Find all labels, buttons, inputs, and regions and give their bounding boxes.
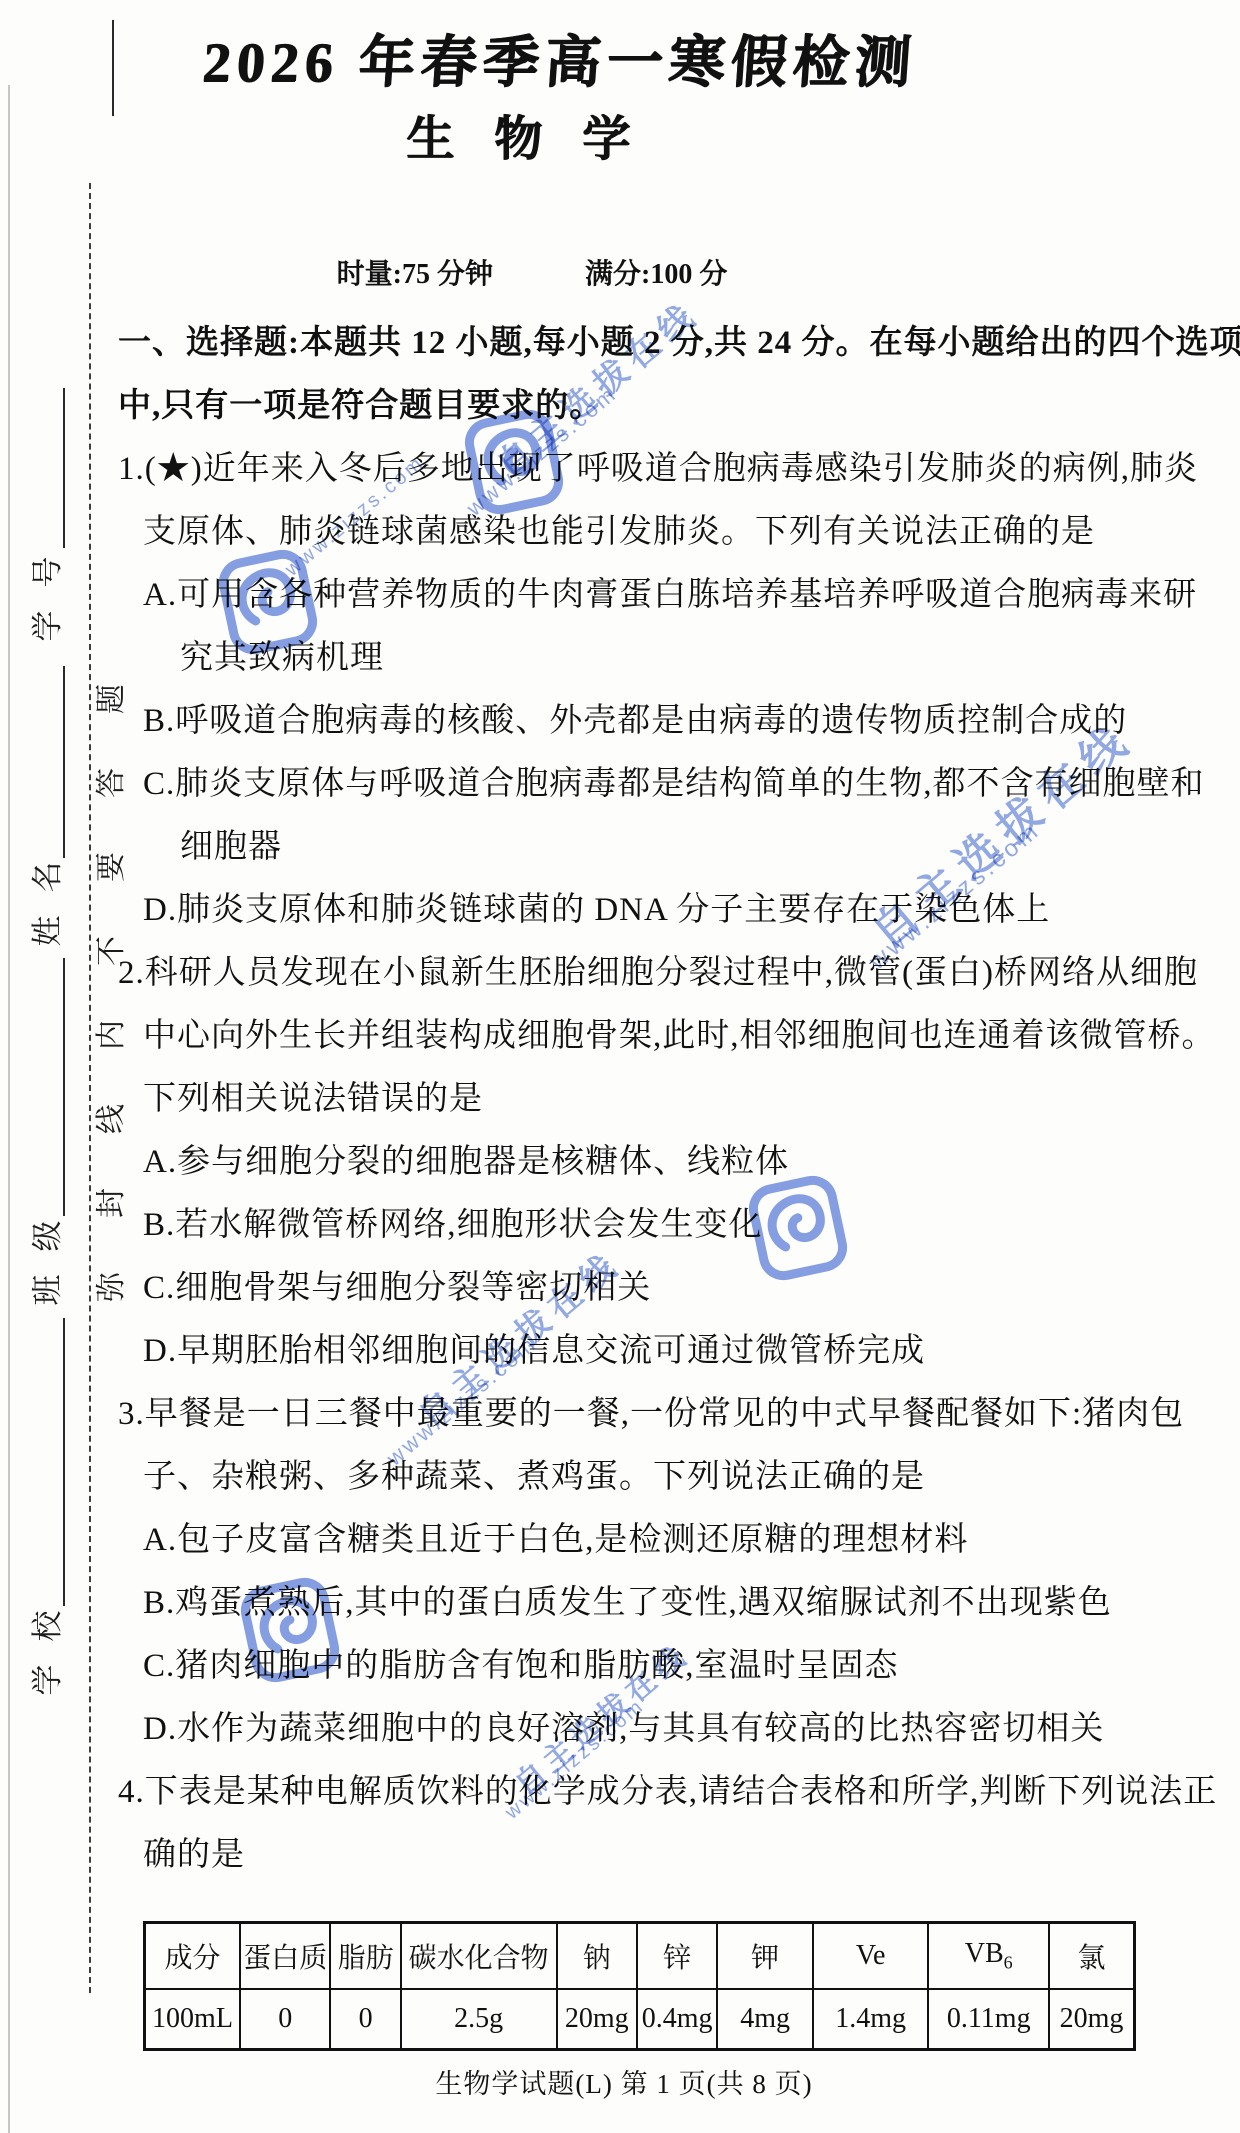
question-1-stem-line: 支原体、肺炎链球菌感染也能引发肺炎。下列有关说法正确的是 <box>118 501 1140 564</box>
question-body: 一、选择题:本题共 12 小题,每小题 2 分,共 24 分。在每小题给出的四个… <box>118 312 1140 1887</box>
table-header-cell: 氯 <box>1049 1923 1134 1990</box>
question-2-option-line: D.早期胚胎相邻细胞间的信息交流可通过微管桥完成 <box>118 1320 1140 1383</box>
class-label: 级班 <box>28 1220 68 1306</box>
table-cell: 20mg <box>1049 1989 1134 2050</box>
question-2-option-line: A.参与细胞分裂的细胞器是核糖体、线粒体 <box>118 1131 1140 1194</box>
table-cell: 1.4mg <box>813 1989 929 2050</box>
question-3-stem-line: 子、杂粮粥、多种蔬菜、煮鸡蛋。下列说法正确的是 <box>118 1446 1140 1509</box>
exam-title: 2026 年春季高一寒假检测 <box>0 18 1123 98</box>
table-header-cell: 碳水化合物 <box>401 1923 557 1990</box>
school-blank-line <box>63 1318 65 1606</box>
table-cell: 4mg <box>717 1989 812 2050</box>
question-1-option-line: B.呼吸道合胞病毒的核酸、外壳都是由病毒的遗传物质控制合成的 <box>118 690 1140 753</box>
question-1-option-line: D.肺炎支原体和肺炎链球菌的 DNA 分子主要存在于染色体上 <box>118 879 1140 942</box>
table-cell: 0.4mg <box>637 1989 717 2050</box>
question-1-option-line: 究其致病机理 <box>118 627 1140 690</box>
question-3-option-line: B.鸡蛋煮熟后,其中的蛋白质发生了变性,遇双缩脲试剂不出现紫色 <box>118 1572 1140 1635</box>
vertical-char: 姓 <box>32 915 64 947</box>
question-3-option-line: D.水作为蔬菜细胞中的良好溶剂,与其具有较高的比热容密切相关 <box>118 1698 1140 1761</box>
vertical-char: 学 <box>32 1664 64 1696</box>
vertical-char: 校 <box>32 1610 64 1642</box>
exam-info-line: 时量:75 分钟 满分:100 分 <box>272 252 792 292</box>
vertical-char: 名 <box>32 861 64 893</box>
scan-edge-line <box>8 85 10 2133</box>
exam-paper-page: 号学 名姓 级班 校学 题答要不内线封弥 2026 年春季高一寒假检测 生 物 … <box>0 0 1240 2133</box>
table-header-cell: 锌 <box>637 1923 717 1990</box>
table-cell: 0 <box>330 1989 400 2050</box>
student-id-label: 号学 <box>28 556 68 642</box>
question-2-stem-line: 2.科研人员发现在小鼠新生胚胎细胞分裂过程中,微管(蛋白)桥网络从细胞 <box>118 942 1140 1005</box>
section-intro-line: 一、选择题:本题共 12 小题,每小题 2 分,共 24 分。在每小题给出的四个… <box>118 312 1140 375</box>
school-label: 校学 <box>28 1610 68 1696</box>
table-header-cell: Ve <box>813 1923 929 1990</box>
full-score-label: 满分:100 分 <box>585 252 727 292</box>
table-header-cell: 成分 <box>145 1923 240 1990</box>
table-cell: 0.11mg <box>928 1989 1049 2050</box>
table-cell: 2.5g <box>401 1989 557 2050</box>
vertical-char: 号 <box>32 556 64 588</box>
page-footer: 生物学试题(L) 第 1 页(共 8 页) <box>118 2062 1130 2101</box>
table-header-cell: 钾 <box>717 1923 812 1990</box>
question-2-option-line: C.细胞骨架与细胞分裂等密切相关 <box>118 1257 1140 1320</box>
question-1-option-line: C.肺炎支原体与呼吸道合胞病毒都是结构简单的生物,都不含有细胞壁和 <box>118 753 1140 816</box>
vertical-char: 学 <box>32 610 64 642</box>
question-1-option-line: A.可用含各种营养物质的牛肉膏蛋白胨培养基培养呼吸道合胞病毒来研 <box>118 564 1140 627</box>
question-2-stem-line: 中心向外生长并组装构成细胞骨架,此时,相邻细胞间也连通着该微管桥。 <box>118 1005 1140 1068</box>
table-cell: 20mg <box>557 1989 637 2050</box>
question-3-option-line: C.猪肉细胞中的脂肪含有饱和脂肪酸,室温时呈固态 <box>118 1635 1140 1698</box>
table-row: 100mL002.5g20mg0.4mg4mg1.4mg0.11mg20mg <box>145 1989 1135 2050</box>
subject-title: 生 物 学 <box>0 100 1050 169</box>
nutrition-table-wrap: 成分蛋白质脂肪碳水化合物钠锌钾VeVB6氯100mL002.5g20mg0.4m… <box>143 1921 1136 2051</box>
class-blank-line <box>63 958 65 1216</box>
name-blank-line <box>63 666 65 858</box>
question-1-option-line: 细胞器 <box>118 816 1140 879</box>
table-header-cell: VB6 <box>928 1923 1049 1990</box>
question-2-stem-line: 下列相关说法错误的是 <box>118 1068 1140 1131</box>
section-intro-line: 中,只有一项是符合题目要求的。 <box>118 375 1140 438</box>
nutrition-table: 成分蛋白质脂肪碳水化合物钠锌钾VeVB6氯100mL002.5g20mg0.4m… <box>143 1921 1136 2051</box>
vertical-char: 级 <box>32 1220 64 1252</box>
question-4-stem-line: 4.下表是某种电解质饮料的化学成分表,请结合表格和所学,判断下列说法正 <box>118 1761 1140 1824</box>
question-4-stem-line: 确的是 <box>118 1824 1140 1887</box>
vertical-char: 班 <box>32 1274 64 1306</box>
name-label: 名姓 <box>28 861 68 947</box>
duration-label: 时量:75 分钟 <box>337 252 493 292</box>
table-cell: 100mL <box>145 1989 240 2050</box>
table-header-cell: 脂肪 <box>330 1923 400 1990</box>
seal-dashed-line <box>89 183 91 1993</box>
student-id-blank-line <box>63 388 65 548</box>
table-cell: 0 <box>240 1989 330 2050</box>
question-1-stem-line: 1.(★)近年来入冬后多地出现了呼吸道合胞病毒感染引发肺炎的病例,肺炎 <box>118 438 1140 501</box>
question-3-stem-line: 3.早餐是一日三餐中最重要的一餐,一份常见的中式早餐配餐如下:猪肉包 <box>118 1383 1140 1446</box>
table-header-cell: 钠 <box>557 1923 637 1990</box>
question-2-option-line: B.若水解微管桥网络,细胞形状会发生变化 <box>118 1194 1140 1257</box>
question-3-option-line: A.包子皮富含糖类且近于白色,是检测还原糖的理想材料 <box>118 1509 1140 1572</box>
table-header-cell: 蛋白质 <box>240 1923 330 1990</box>
